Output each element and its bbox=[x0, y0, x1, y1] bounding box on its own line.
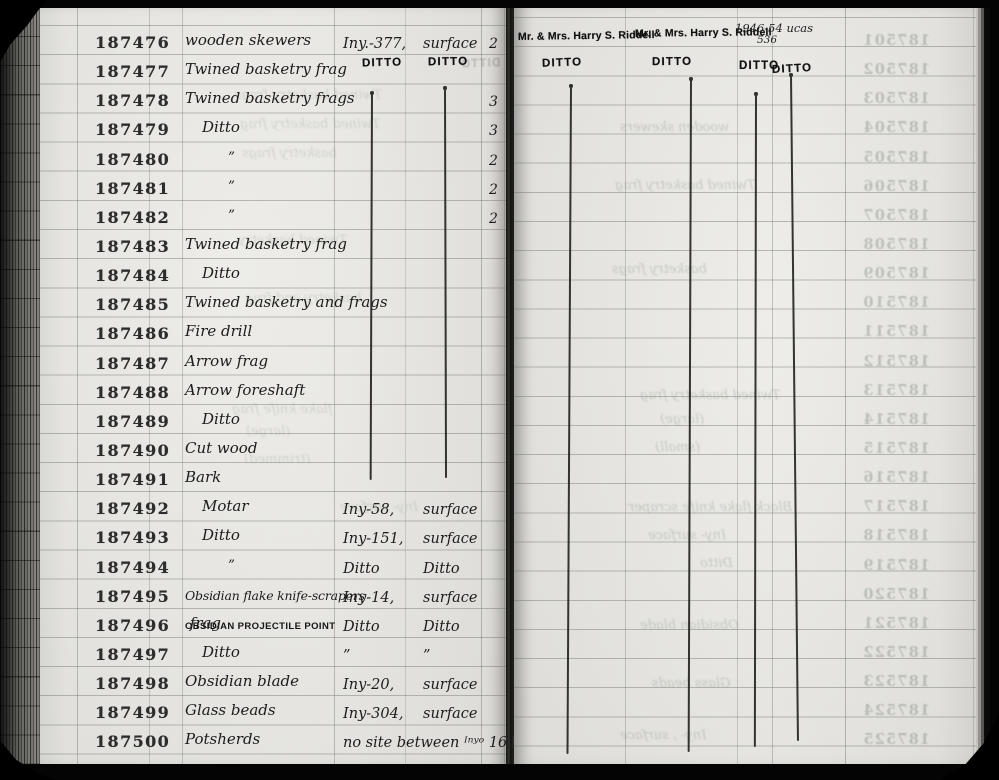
catalog-number: 187492 bbox=[95, 499, 170, 518]
specimen-count: 2 bbox=[489, 211, 498, 227]
ghost-number-text: 187517 bbox=[862, 498, 930, 515]
ditto-stamp: DITTO bbox=[362, 56, 403, 69]
ghost-number: 187509 bbox=[860, 265, 930, 282]
surface-note: Ditto bbox=[423, 561, 460, 577]
surface-note: surface bbox=[423, 502, 477, 518]
site-designation: Iny.-377, bbox=[343, 36, 406, 52]
catalog-row: 187489 Ditto bbox=[40, 405, 506, 434]
description-handwriting: ” bbox=[228, 558, 235, 574]
description-handwriting: Motar bbox=[202, 497, 249, 515]
ghost-number-text: 187502 bbox=[862, 61, 930, 78]
specimen-count: 3 bbox=[489, 94, 498, 110]
ghost-number: 187521 bbox=[860, 615, 930, 632]
ghost-text: (small) bbox=[655, 440, 700, 455]
bleed-through-ghost: Twined basketry frag bbox=[640, 388, 780, 403]
specimen-count: 2 bbox=[489, 182, 498, 198]
catalog-row: 187478 Twined basketry frags 3 bbox=[40, 84, 506, 113]
catalog-row: 187492 Motar Iny-58, surface bbox=[40, 492, 506, 521]
catalog-row: 187495 Obsidian flake knife-scrapers Iny… bbox=[40, 580, 506, 609]
ghost-number-text: 187508 bbox=[862, 236, 930, 253]
description-handwriting: Glass beads bbox=[185, 701, 276, 719]
ghost-number: 187525 bbox=[860, 731, 930, 748]
catalog-row: 187490 Cut wood bbox=[40, 434, 506, 463]
description-handwriting: Ditto bbox=[202, 410, 240, 428]
description-handwriting: Twined basketry frags bbox=[185, 89, 355, 107]
catalog-row: 187481 ” 2 bbox=[40, 172, 506, 201]
bleed-through-ghost: basketry frags bbox=[612, 262, 707, 277]
ghost-number-text: 187525 bbox=[862, 731, 930, 748]
catalog-row: 187499 Glass beads Iny-304, surface bbox=[40, 696, 506, 725]
catalog-number: 187486 bbox=[95, 324, 170, 343]
ghost-number-text: 187504 bbox=[862, 119, 930, 136]
bleed-through-ghost: wooden skewers bbox=[620, 120, 729, 135]
ghost-number-text: 187520 bbox=[862, 586, 930, 603]
ghost-number-text: 187513 bbox=[862, 382, 930, 399]
description-handwriting: ” bbox=[228, 208, 235, 224]
catalog-row: 187483 Twined basketry frag bbox=[40, 230, 506, 259]
ghost-text: Ditto bbox=[700, 556, 733, 571]
specimen-count: 3 bbox=[489, 123, 498, 139]
ghost-number-text: 187512 bbox=[862, 353, 930, 370]
catalog-row: 187480 ” 2 bbox=[40, 143, 506, 172]
catalog-row: 187488 Arrow foreshaft bbox=[40, 376, 506, 405]
description-handwriting: Fire drill bbox=[185, 322, 252, 340]
accession-annotation-line1: 1946-54 ucas bbox=[735, 21, 813, 35]
bleed-through-ghost: (large) bbox=[660, 412, 704, 427]
description-handwriting: Ditto bbox=[202, 118, 240, 136]
ditto-stamp: DITTO bbox=[542, 56, 583, 69]
bleed-through-ghost: Iny- , surface bbox=[620, 728, 706, 743]
ditto-stamp-ghost: DITTO bbox=[460, 57, 501, 70]
description-handwriting: Ditto bbox=[202, 264, 240, 282]
ghost-number: 187513 bbox=[860, 382, 930, 399]
catalog-row: 187487 Arrow frag bbox=[40, 347, 506, 376]
description-handwriting: Ditto bbox=[202, 643, 240, 661]
catalog-number: 187477 bbox=[95, 62, 170, 81]
description-handwriting: Obsidian blade bbox=[185, 672, 299, 690]
ghost-number: 187512 bbox=[860, 353, 930, 370]
description-handwriting: ” bbox=[228, 179, 235, 195]
book-gutter bbox=[506, 8, 514, 764]
ghost-text: Twined basketry frag bbox=[615, 178, 755, 193]
ghost-number-text: 187509 bbox=[862, 265, 930, 282]
ghost-number: 187501 bbox=[860, 32, 930, 49]
catalog-row: 187482 ” 2 bbox=[40, 201, 506, 230]
ghost-number-text: 187514 bbox=[862, 411, 930, 428]
ghost-number-text: 187505 bbox=[862, 149, 930, 166]
ghost-number: 187524 bbox=[860, 702, 930, 719]
ghost-number-text: 187524 bbox=[862, 702, 930, 719]
catalog-row: 187484 Ditto bbox=[40, 259, 506, 288]
accession-annotation: 1946-54 ucas 536 bbox=[735, 22, 813, 46]
catalog-number: 187498 bbox=[95, 674, 170, 693]
ghost-number: 187514 bbox=[860, 411, 930, 428]
surface-note: surface bbox=[423, 590, 477, 606]
book-page-edges-right bbox=[976, 8, 990, 764]
accession-annotation-line2: 536 bbox=[735, 34, 813, 46]
catalog-number: 187489 bbox=[95, 412, 170, 431]
surface-note: ” bbox=[423, 648, 430, 664]
description-handwriting: Potsherds bbox=[185, 730, 260, 748]
ghost-number-text: 187523 bbox=[862, 673, 930, 690]
ghost-number: 187507 bbox=[860, 207, 930, 224]
catalog-number: 187483 bbox=[95, 237, 170, 256]
description-handwriting: wooden skewers bbox=[185, 31, 311, 49]
ghost-text: Iny- surface bbox=[648, 528, 726, 543]
ghost-number: 187522 bbox=[860, 644, 930, 661]
catalog-number: 187478 bbox=[95, 91, 170, 110]
site-designation: ” bbox=[343, 648, 350, 664]
book-page-edges-left bbox=[0, 8, 40, 764]
ditto-stamp: DITTO bbox=[652, 56, 692, 68]
bleed-through-ghost: Ditto bbox=[700, 556, 733, 571]
catalog-number: 187499 bbox=[95, 703, 170, 722]
catalog-row: 187491 Bark bbox=[40, 463, 506, 492]
catalog-number: 187496 bbox=[95, 616, 170, 635]
ghost-number-text: 187507 bbox=[862, 207, 930, 224]
ghost-number: 187518 bbox=[860, 527, 930, 544]
ghost-text: Iny- , surface bbox=[620, 728, 706, 743]
catalog-row: 187500 Potsherds no site between ᴵⁿʸᵒ 16… bbox=[40, 725, 506, 754]
ghost-number: 187523 bbox=[860, 673, 930, 690]
bleed-through-ghost: Iny- surface bbox=[648, 528, 726, 543]
ghost-number: 187519 bbox=[860, 557, 930, 574]
surface-note: Ditto bbox=[423, 619, 460, 635]
catalog-row: 187476 wooden skewers Iny.-377, surface … bbox=[40, 26, 506, 55]
catalog-number: 187476 bbox=[95, 33, 170, 52]
ghost-number-text: 187516 bbox=[862, 469, 930, 486]
catalog-number: 187491 bbox=[95, 470, 170, 489]
description-handwriting: Arrow frag bbox=[185, 352, 268, 370]
site-designation: Ditto bbox=[343, 619, 380, 635]
description-handwriting: Twined basketry frag bbox=[185, 60, 347, 78]
ledger-scan: Twined basketry frags Twined basketry fr… bbox=[0, 0, 999, 780]
bleed-through-ghost: Twined basketry frag bbox=[615, 178, 755, 193]
ghost-number-text: 187521 bbox=[862, 615, 930, 632]
catalog-number: 187479 bbox=[95, 120, 170, 139]
ghost-number: 187505 bbox=[860, 149, 930, 166]
ghost-number-text: 187518 bbox=[862, 527, 930, 544]
bleed-through-ghost: Black flake knife scraper bbox=[628, 500, 792, 515]
ghost-number-text: 187503 bbox=[862, 90, 930, 107]
ghost-number-text: 187511 bbox=[862, 323, 930, 340]
catalog-number: 187488 bbox=[95, 383, 170, 402]
ghost-number: 187515 bbox=[860, 440, 930, 457]
surface-note: surface bbox=[423, 677, 477, 693]
ghost-number-text: 187522 bbox=[862, 644, 930, 661]
site-designation: Iny-20, bbox=[343, 677, 394, 693]
ghost-number: 187504 bbox=[860, 119, 930, 136]
ghost-number: 187503 bbox=[860, 90, 930, 107]
description-handwriting: Obsidian flake knife-scrapers bbox=[185, 588, 365, 603]
ghost-text: (large) bbox=[660, 412, 704, 427]
surface-note: surface bbox=[423, 531, 477, 547]
surface-note: surface bbox=[423, 706, 477, 722]
catalog-number: 187495 bbox=[95, 587, 170, 606]
ghost-number: 187516 bbox=[860, 469, 930, 486]
ledger-left-page: Twined basketry frags Twined basketry fr… bbox=[40, 8, 506, 764]
ghost-number: 187510 bbox=[860, 294, 930, 311]
ghost-number: 187508 bbox=[860, 236, 930, 253]
ghost-number: 187517 bbox=[860, 498, 930, 515]
description-handwriting: Twined basketry frag bbox=[185, 235, 347, 253]
catalog-number: 187493 bbox=[95, 528, 170, 547]
ghost-number: 187502 bbox=[860, 61, 930, 78]
ghost-text: basketry frags bbox=[612, 262, 707, 277]
ledger-right-page: 187501 187502 187503 187504 187505 bbox=[514, 8, 976, 764]
site-designation: Ditto bbox=[343, 561, 380, 577]
ghost-number-text: 187510 bbox=[862, 294, 930, 311]
catalog-row: 187497 Ditto ” ” bbox=[40, 638, 506, 667]
site-designation: Iny-151, bbox=[343, 531, 403, 547]
ghost-number-text: 187506 bbox=[862, 178, 930, 195]
catalog-row: 187496 OBSIDIAN PROJECTILE POINT frag Di… bbox=[40, 609, 506, 638]
catalog-number: 187481 bbox=[95, 179, 170, 198]
description-handwriting: Ditto bbox=[202, 526, 240, 544]
site-designation: Iny-14, bbox=[343, 590, 394, 606]
catalog-row: 187486 Fire drill bbox=[40, 317, 506, 346]
ghost-number: 187511 bbox=[860, 323, 930, 340]
catalog-row: 187494 ” Ditto Ditto bbox=[40, 551, 506, 580]
ghost-number-text: 187515 bbox=[862, 440, 930, 457]
description-handwriting: Cut wood bbox=[185, 439, 257, 457]
catalog-number: 187497 bbox=[95, 645, 170, 664]
catalog-number: 187494 bbox=[95, 558, 170, 577]
ghost-text: Black flake knife scraper bbox=[628, 500, 792, 515]
catalog-number: 187500 bbox=[95, 732, 170, 751]
description-handwriting: Arrow foreshaft bbox=[185, 381, 305, 399]
surface-note: surface bbox=[423, 36, 477, 52]
site-designation: Iny-58, bbox=[343, 502, 394, 518]
catalog-number: 187485 bbox=[95, 295, 170, 314]
ghost-number: 187506 bbox=[860, 178, 930, 195]
ghost-number-text: 187501 bbox=[862, 32, 930, 49]
description-handwriting: ” bbox=[228, 150, 235, 166]
description-handwriting: Twined basketry and frags bbox=[185, 293, 388, 311]
catalog-row: 187485 Twined basketry and frags bbox=[40, 288, 506, 317]
ghost-number: 187520 bbox=[860, 586, 930, 603]
description-handwriting: frag bbox=[185, 614, 221, 632]
ghost-number-text: 187519 bbox=[862, 557, 930, 574]
specimen-count: 2 bbox=[489, 153, 498, 169]
catalog-row: 187498 Obsidian blade Iny-20, surface bbox=[40, 667, 506, 696]
specimen-count: 2 bbox=[489, 36, 498, 52]
catalog-row: 187479 Ditto 3 bbox=[40, 113, 506, 142]
catalog-number: 187484 bbox=[95, 266, 170, 285]
catalog-number: 187487 bbox=[95, 354, 170, 373]
catalog-number: 187482 bbox=[95, 208, 170, 227]
catalog-number: 187480 bbox=[95, 150, 170, 169]
site-designation: Iny-304, bbox=[343, 706, 403, 722]
bleed-through-ghost: (small) bbox=[655, 440, 700, 455]
ghost-text: Glass beads bbox=[652, 676, 731, 691]
catalog-number: 187490 bbox=[95, 441, 170, 460]
ghost-text: wooden skewers bbox=[620, 120, 729, 135]
description-handwriting: Bark bbox=[185, 468, 221, 486]
ghost-text: Twined basketry frag bbox=[640, 388, 780, 403]
catalog-row: 187493 Ditto Iny-151, surface bbox=[40, 521, 506, 550]
bleed-through-ghost: Glass beads bbox=[652, 676, 731, 691]
